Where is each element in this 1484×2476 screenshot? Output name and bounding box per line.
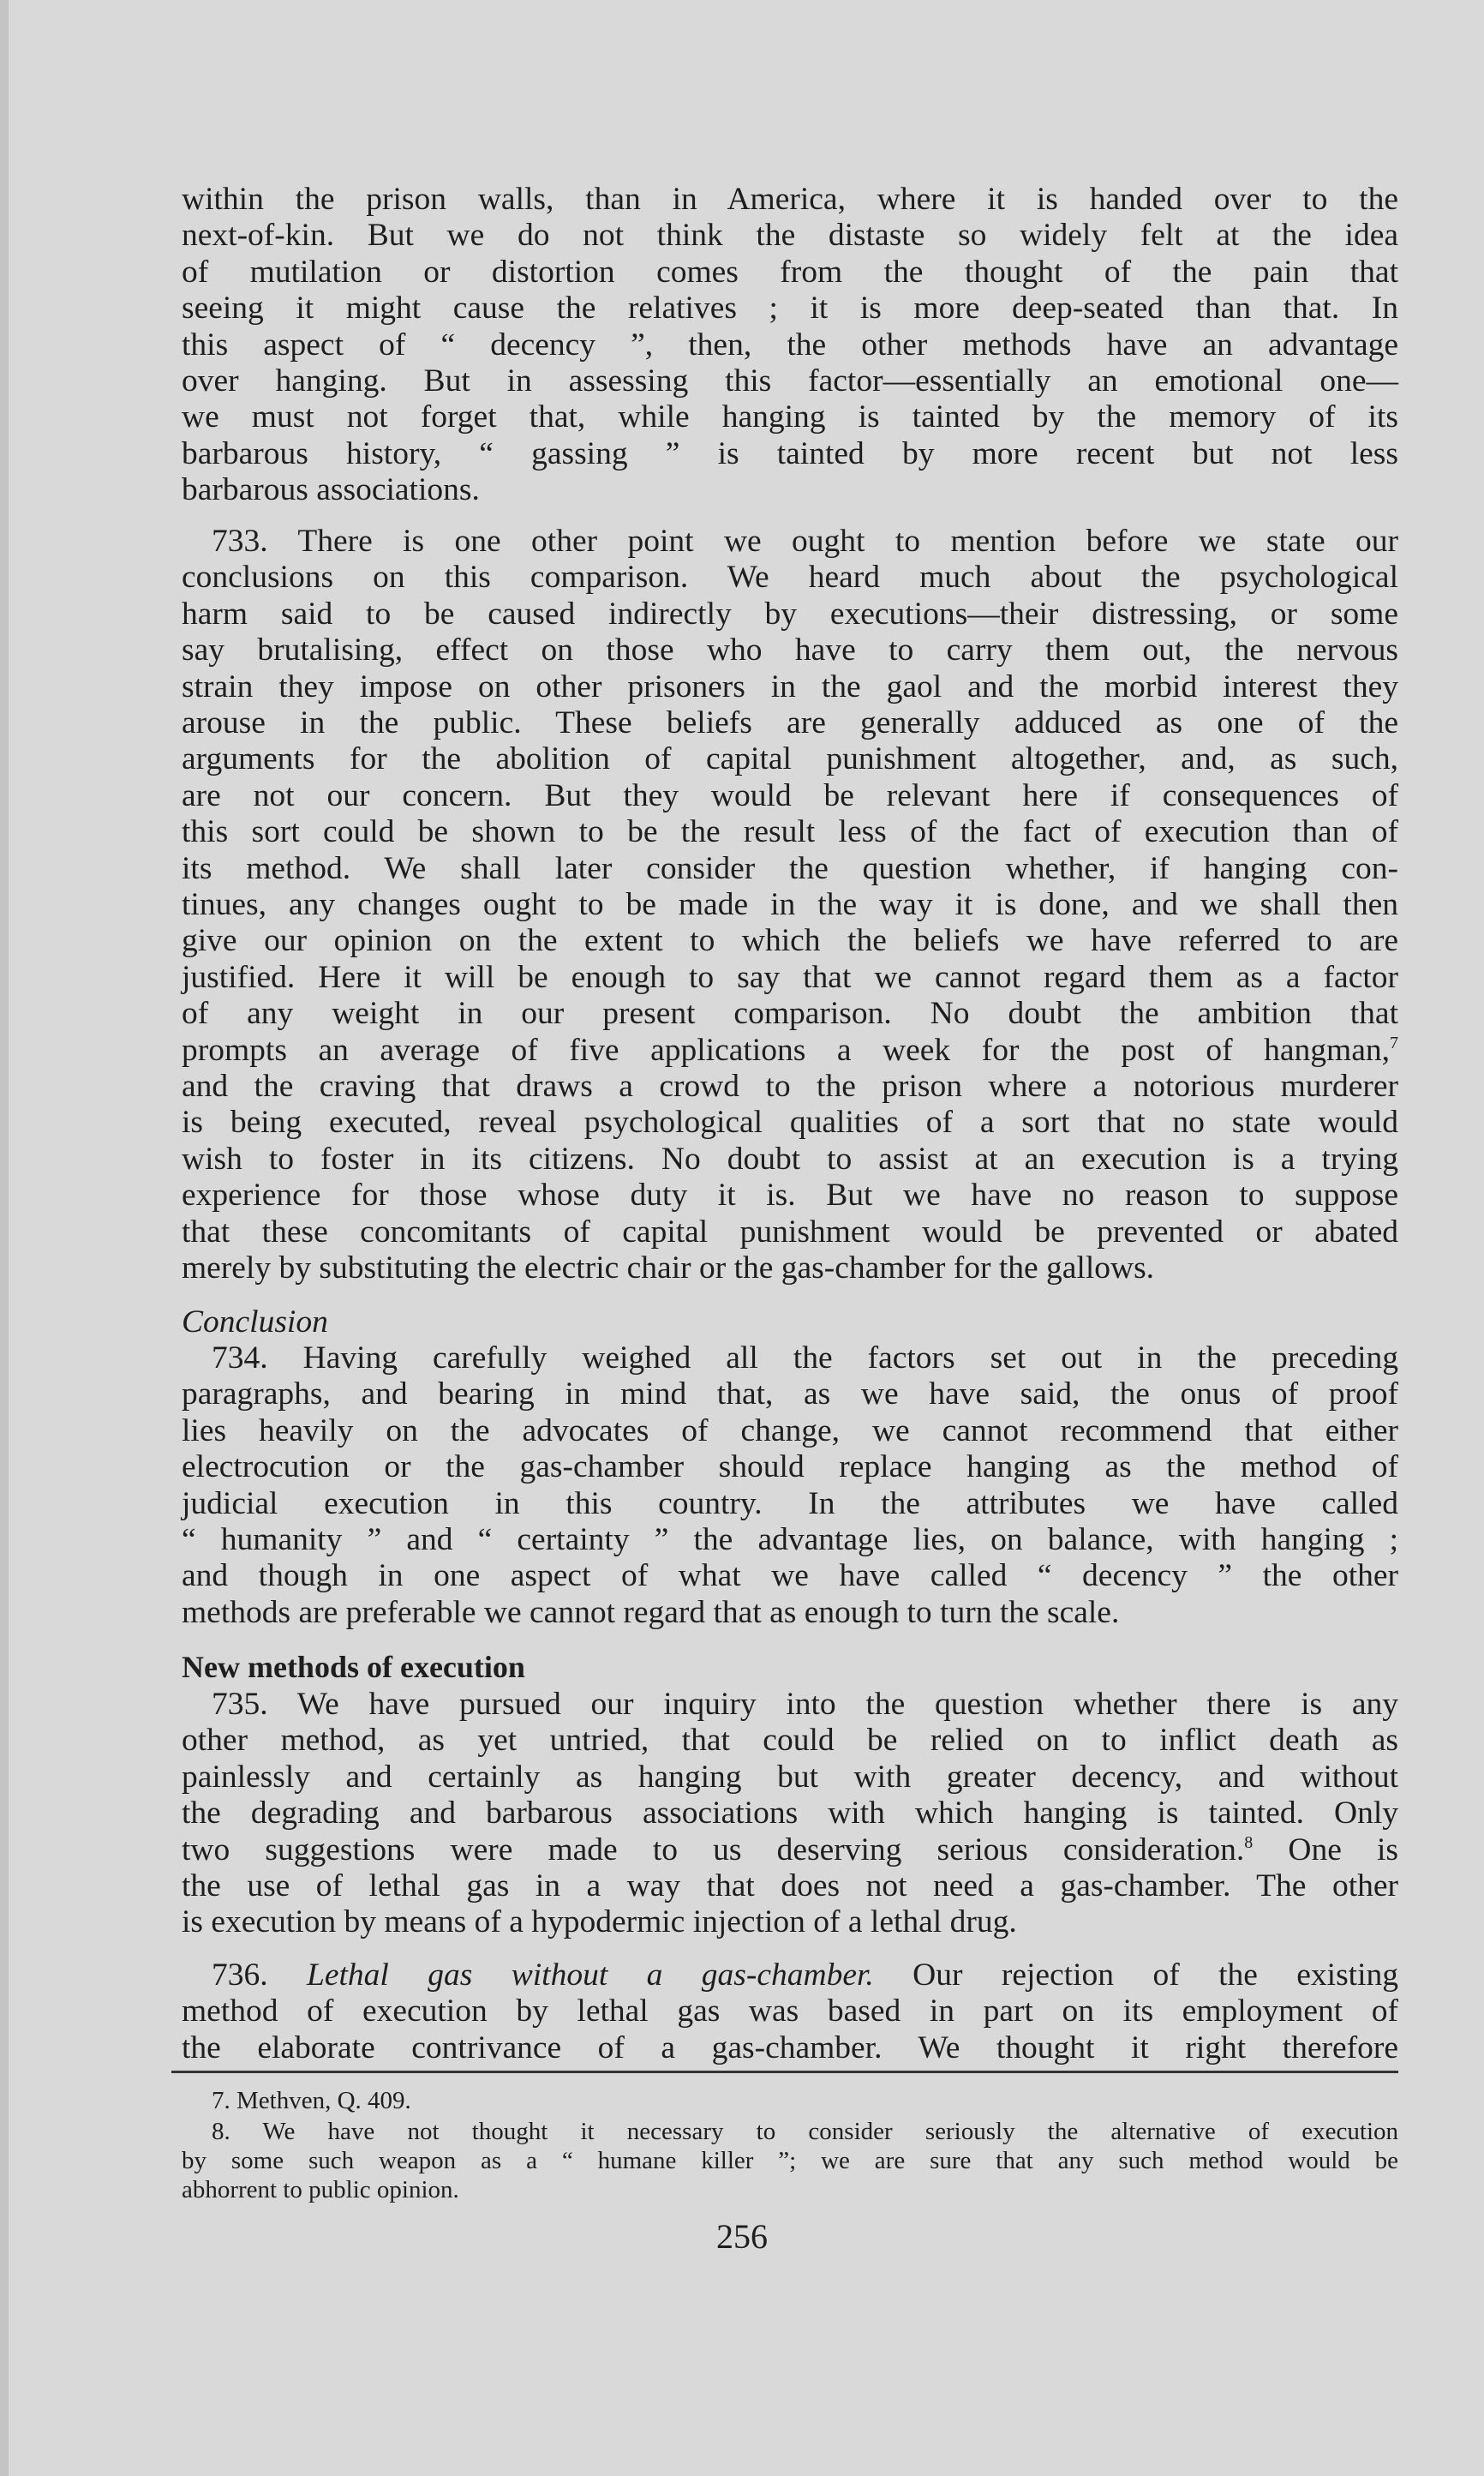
text-line: arguments for the abolition of capital p…	[182, 741, 1398, 777]
text-line: method of execution by lethal gas was ba…	[182, 1993, 1398, 2029]
text-line: within the prison walls, than in America…	[182, 182, 1398, 218]
text-line: arouse in the public. These beliefs are …	[182, 705, 1398, 741]
page-binding-edge	[0, 0, 9, 2476]
text-line: two suggestions were made to us deservin…	[182, 1832, 1398, 1868]
footnote-reference[interactable]: 7	[1390, 1034, 1398, 1052]
text-line: harm said to be caused indirectly by exe…	[182, 597, 1398, 632]
text-line: that these concomitants of capital punis…	[182, 1214, 1398, 1250]
text-line: other method, as yet untried, that could…	[182, 1723, 1398, 1759]
text-line: and though in one aspect of what we have…	[182, 1558, 1398, 1594]
text-line: give our opinion on the extent to which …	[182, 923, 1398, 959]
text-line: the degrading and barbarous associations…	[182, 1796, 1398, 1832]
text-line: conclusions on this comparison. We heard…	[182, 560, 1398, 596]
text-line: is execution by means of a hypodermic in…	[182, 1904, 1398, 1940]
text-line: prompts an average of five applications …	[182, 1033, 1398, 1069]
text-line: barbarous associations.	[182, 472, 1398, 508]
text-line: we must not forget that, while hanging i…	[182, 399, 1398, 435]
text-line: are not our concern. But they would be r…	[182, 778, 1398, 814]
text-line: merely by substituting the electric chai…	[182, 1250, 1398, 1286]
text-line: say brutalising, effect on those who hav…	[182, 632, 1398, 668]
text-line: judicial execution in this country. In t…	[182, 1486, 1398, 1522]
text-line: the use of lethal gas in a way that does…	[182, 1868, 1398, 1904]
text-line: wish to foster in its citizens. No doubt…	[182, 1142, 1398, 1178]
footnote-line: abhorrent to public opinion.	[182, 2175, 1398, 2204]
section-heading-new-methods: New methods of execution	[182, 1649, 525, 1685]
text-line: 734. Having carefully weighed all the fa…	[212, 1340, 1398, 1376]
text-line: lies heavily on the advocates of change,…	[182, 1413, 1398, 1449]
text-line: this aspect of “ decency ”, then, the ot…	[182, 327, 1398, 363]
footnote-line: 7. Methven, Q. 409.	[212, 2086, 1398, 2115]
text-line: its method. We shall later consider the …	[182, 851, 1398, 887]
text-line: over hanging. But in assessing this fact…	[182, 363, 1398, 399]
text-line: and the craving that draws a crowd to th…	[182, 1069, 1398, 1105]
paragraph-italic-title: Lethal gas without a gas-chamber.	[307, 1957, 874, 1993]
text-line: painlessly and certainly as hanging but …	[182, 1760, 1398, 1796]
section-heading-conclusion: Conclusion	[182, 1304, 328, 1340]
text-line: 735. We have pursued our inquiry into th…	[212, 1687, 1398, 1723]
text-line: paragraphs, and bearing in mind that, as…	[182, 1376, 1398, 1412]
footnote-divider	[171, 2071, 1398, 2073]
text-line: seeing it might cause the relatives ; it…	[182, 291, 1398, 327]
page-number: 256	[0, 2218, 1484, 2256]
footnote-reference[interactable]: 8	[1244, 1833, 1253, 1852]
text-line: barbarous history, “ gassing ” is tainte…	[182, 436, 1398, 472]
text-line: methods are preferable we cannot regard …	[182, 1595, 1398, 1631]
text-line: this sort could be shown to be the resul…	[182, 814, 1398, 850]
text-line: electrocution or the gas-chamber should …	[182, 1449, 1398, 1485]
footnote-line: by some such weapon as a “ humane killer…	[182, 2146, 1398, 2175]
text-line: next-of-kin. But we do not think the dis…	[182, 218, 1398, 254]
text-line: tinues, any changes ought to be made in …	[182, 887, 1398, 923]
text-line: experience for those whose duty it is. B…	[182, 1178, 1398, 1214]
text-line: is being executed, reveal psychological …	[182, 1105, 1398, 1141]
text-line: 733. There is one other point we ought t…	[212, 524, 1398, 560]
text-line: the elaborate contrivance of a gas-chamb…	[182, 2030, 1398, 2066]
text-line: strain they impose on other prisoners in…	[182, 669, 1398, 705]
text-line: “ humanity ” and “ certainty ” the advan…	[182, 1522, 1398, 1558]
text-line: of mutilation or distortion comes from t…	[182, 255, 1398, 291]
text-line: 736. Lethal gas without a gas-chamber. O…	[212, 1957, 1398, 1993]
footnote-line: 8. We have not thought it necessary to c…	[212, 2117, 1398, 2146]
text-line: justified. Here it will be enough to say…	[182, 960, 1398, 996]
text-line: of any weight in our present comparison.…	[182, 996, 1398, 1032]
